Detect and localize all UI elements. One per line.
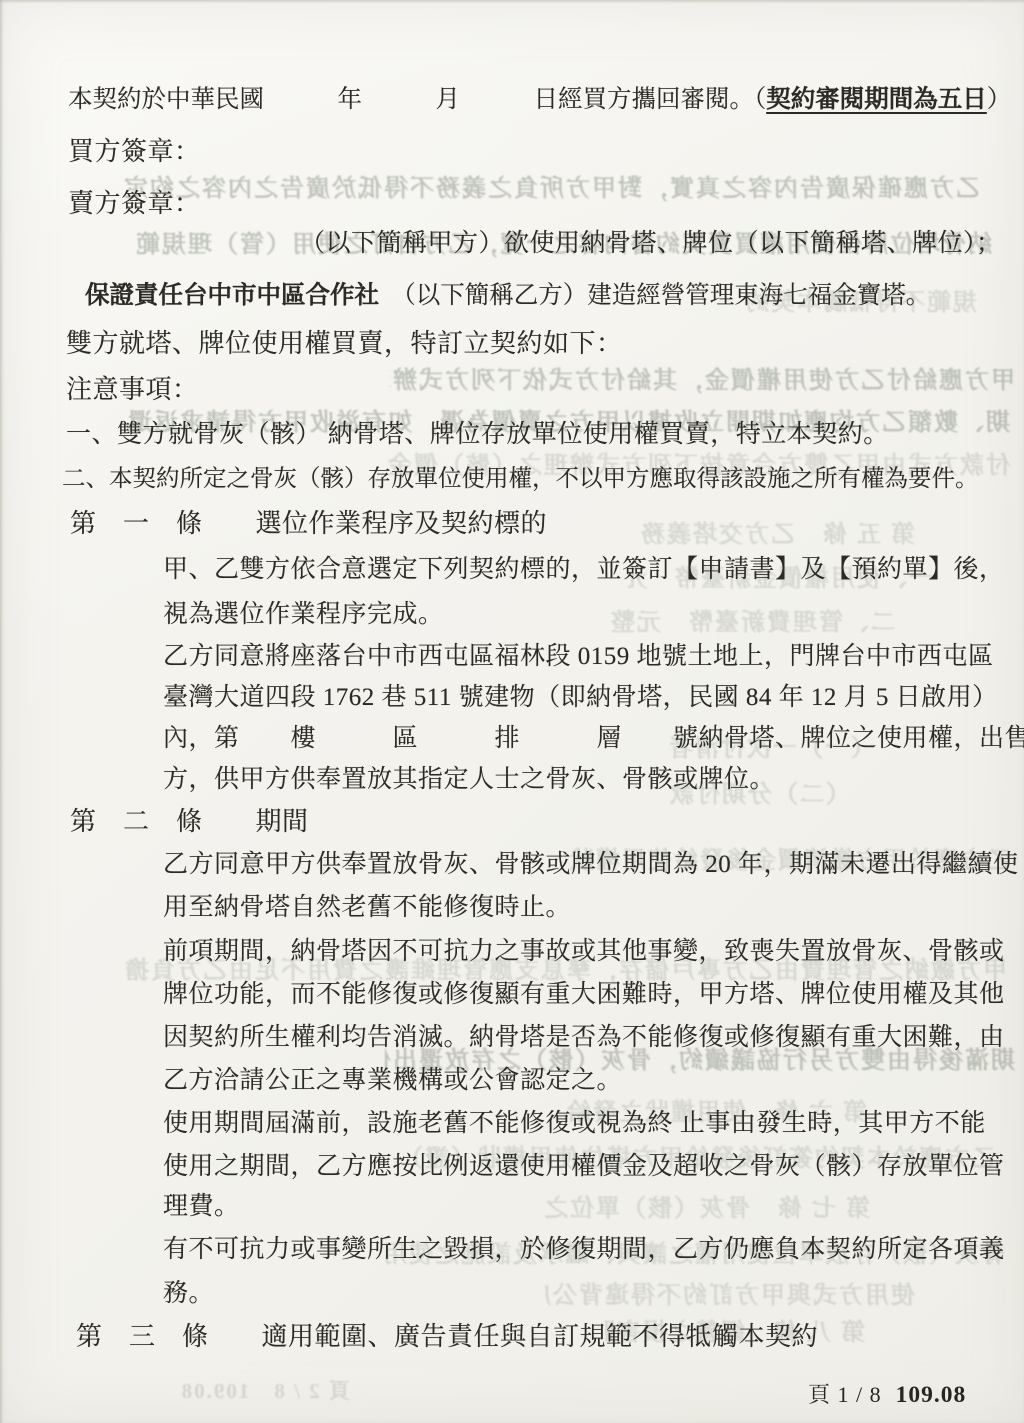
article-1-paragraph-line: 臺灣大道四段 1762 巷 511 號建物（即納骨塔，民國 84 年 12 月 …	[163, 677, 998, 713]
bleedthrough-line: 使用方式與甲方訂約不得違背公序	[545, 1275, 915, 1310]
party-b-name: 保證責任台中市中區合作社	[85, 282, 379, 309]
article-2-paragraph-line: 務。	[163, 1273, 214, 1309]
note-item-1: 一、雙方就骨灰（骸） 納骨塔、牌位存放單位使用權買賣，特立本契約。	[66, 414, 889, 450]
article-2-paragraph-line: 使用期間屆滿前，設施老舊不能修復或視為終 止事由發生時，其甲方不能	[163, 1103, 986, 1139]
party-b-description: （以下簡稱乙方）建造經營管理東海七福金寶塔。	[379, 282, 930, 309]
article-1-paragraph-line: 方，供甲方供奉置放其指定人士之骨灰、骨骸或牌位。	[163, 759, 775, 795]
article-2-paragraph-line: 牌位功能，而不能修復或修復顯有重大困難時，甲方塔、牌位使用權及其他	[163, 974, 1005, 1010]
article-2-paragraph-line: 理費。	[163, 1186, 240, 1222]
bleedthrough-line: 第 五 條 乙方交塔義務	[630, 514, 915, 549]
bleedthrough-footer-ghost: 頁 2 / 8 109.08	[150, 1375, 350, 1405]
review-period-prefix: 本契約於中華民國 年 月 日經買方攜回審閱。（	[68, 86, 766, 113]
bleedthrough-line: 乙方應確保廣告內容之真實，對甲方所負之義務不得低於廣告之內容之約定	[115, 168, 980, 203]
page-footer: 頁 1 / 8109.08	[808, 1378, 966, 1409]
revision-number: 109.08	[896, 1382, 967, 1408]
scan-edge-top	[0, 0, 1024, 3]
review-period-line: 本契約於中華民國 年 月 日經買方攜回審閱。（契約審閱期間為五日）	[68, 80, 1011, 115]
article-2-paragraph-line: 乙方洽請公正之專業機構或公會認定之。	[163, 1060, 622, 1096]
notes-heading: 注意事項：	[66, 369, 199, 406]
review-period-suffix: ）	[987, 86, 1012, 113]
article-2-paragraph-line: 乙方同意甲方供奉置放骨灰、骨骸或牌位期間為 20 年，期滿未遷出得繼續使	[163, 844, 1019, 880]
article-1-heading: 第 一 條 選位作業程序及契約標的	[70, 503, 547, 540]
article-2-paragraph-line: 有不可抗力或事變所生之毀損，於修復期間，乙方仍應負本契約所定各項義	[163, 1229, 1005, 1265]
article-2-paragraph-line: 因契約所生權利均告消滅。納骨塔是否為不能修復或修復顯有重大困難，由	[163, 1017, 1005, 1053]
buyer-signature-label: 買方簽章：	[68, 131, 201, 168]
article-2-paragraph-line: 使用之期間，乙方應按比例返還使用權價金及超收之骨灰（骸）存放單位管	[163, 1146, 1005, 1182]
page-number-label: 頁 1 / 8	[808, 1382, 882, 1407]
bleedthrough-line: 甲方應給付乙方使用權價金，其給付方式依下列方式辦理（骸）存放	[390, 360, 1015, 395]
scanned-contract-page: 乙方應確保廣告內容之真實，對甲方所負之義務不得低於廣告之內容之約定 納骨塔位牌位…	[0, 0, 1024, 1423]
article-1-paragraph-line: 甲、乙雙方依合意選定下列契約標的，並簽訂【申請書】及【預約單】後，	[163, 549, 1005, 585]
article-2-paragraph-line: 前項期間，納骨塔因不可抗力之事故或其他事變，致喪失置放骨灰、骨骸或	[163, 931, 1005, 967]
seller-signature-label: 賣方簽章：	[68, 183, 201, 220]
article-1-paragraph-line: 內，第 樓 區 排 層 號納骨塔、牌位之使用權，出售予甲	[163, 718, 1024, 754]
note-item-2: 二、本契約所定之骨灰（骸）存放單位使用權，不以甲方應取得該設施之所有權為要件。	[62, 459, 979, 493]
review-period-emphasis: 契約審閱期間為五日	[766, 86, 987, 113]
article-1-paragraph-line: 視為選位作業程序完成。	[163, 594, 444, 630]
agreement-line: 雙方就塔、牌位使用權買賣，特訂立契約如下：	[66, 323, 623, 360]
article-2-heading: 第 二 條 期間	[70, 801, 309, 838]
article-2-paragraph-line: 用至納骨塔自然老舊不能修復時止。	[163, 887, 571, 923]
article-1-paragraph-line: 乙方同意將座落台中市西屯區福林段 0159 地號土地上，門牌台中市西屯區	[163, 636, 994, 672]
party-a-line: （以下簡稱甲方）欲使用納骨塔、牌位（以下簡稱塔、牌位）；	[300, 223, 1002, 259]
bleedthrough-line: 二、管理費新臺幣 元整	[565, 602, 895, 637]
article-3-heading: 第 三 條 適用範圍、廣告責任與自訂規範不得牴觸本契約	[76, 1316, 818, 1353]
scan-edge-left	[0, 0, 3, 1423]
party-b-line: 保證責任台中市中區合作社 （以下簡稱乙方）建造經營管理東海七福金寶塔。	[85, 276, 930, 311]
bleedthrough-line: 第 七 條 骨灰（骸）單位之限制	[545, 1188, 870, 1223]
